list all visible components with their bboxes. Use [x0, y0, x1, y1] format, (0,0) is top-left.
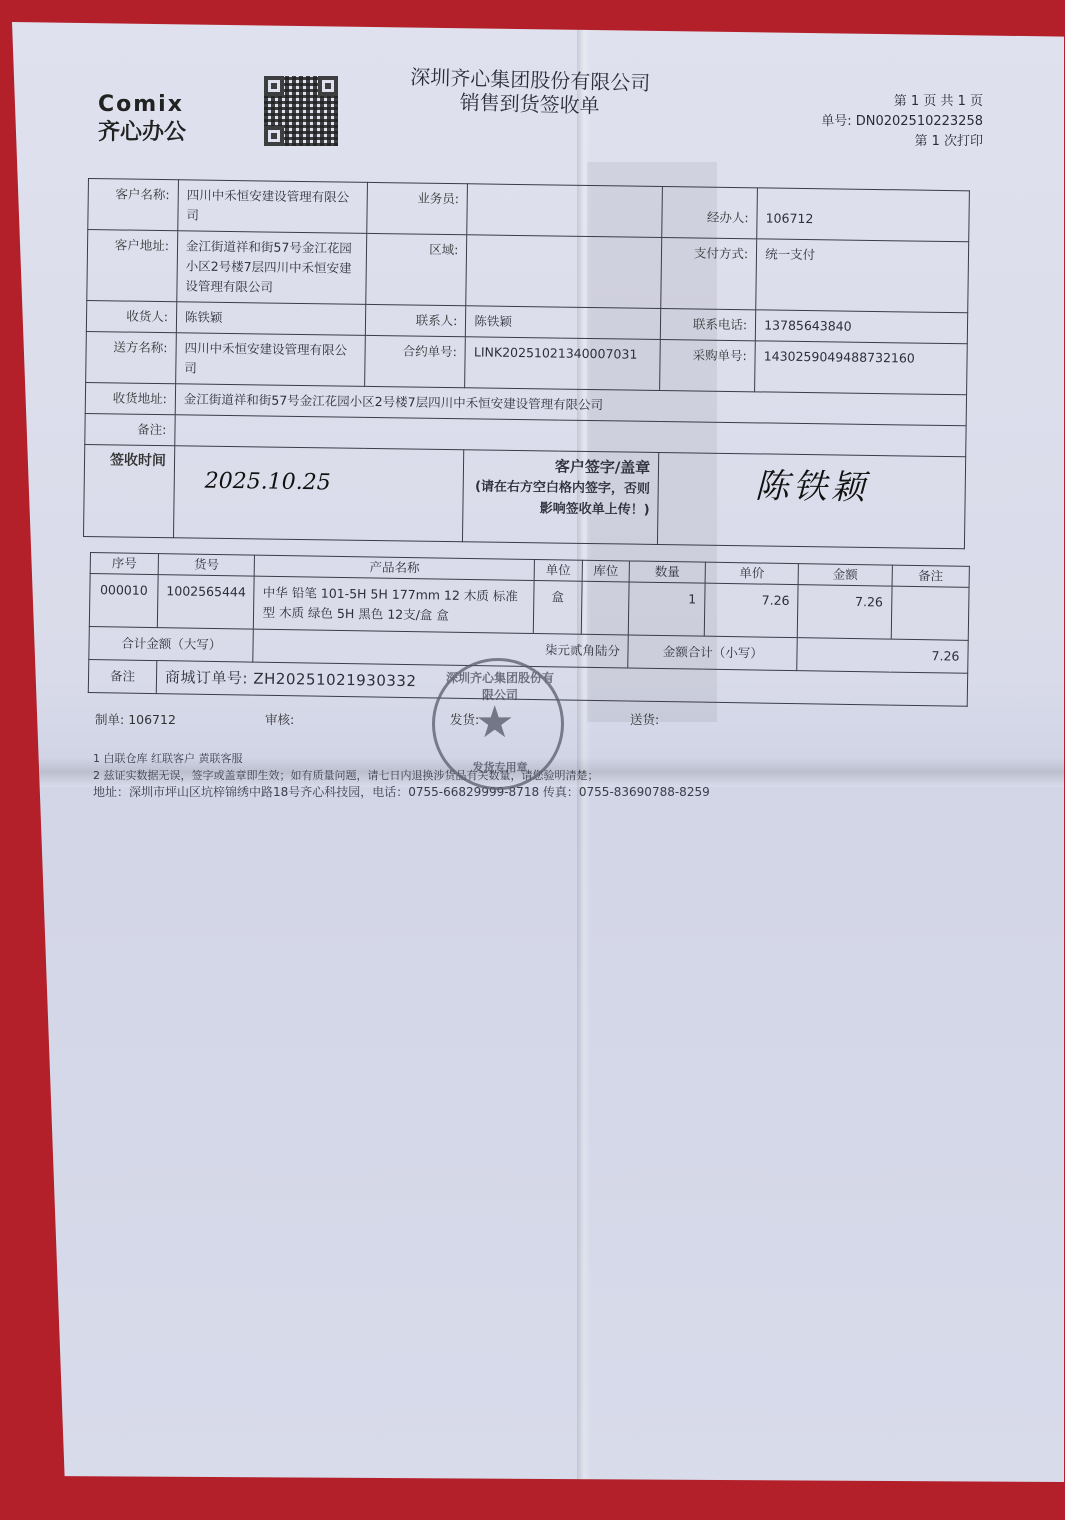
item-name: 中华 铅笔 101-5H 5H 177mm 12 木质 标准型 木质 绿色 5H… [254, 576, 534, 633]
customer-name-label: 客户名称: [88, 179, 179, 231]
doc-number-line: 单号: DN0202510223258 [821, 112, 983, 132]
document-meta: 第 1 页 共 1 页 单号: DN0202510223258 第 1 次打印 [821, 92, 983, 152]
payment-label: 支付方式: [661, 238, 757, 310]
ship-to: 四川中禾恒安建设管理有限公司 [176, 333, 366, 387]
company-seal: 深圳齐心集团股份有限公司 ★ 发货专用章 [432, 658, 564, 790]
total-lower-label: 金额合计（小写） [628, 635, 797, 671]
review: 审核: [265, 710, 450, 728]
contact-label: 联系人: [366, 304, 466, 336]
col-unit: 单位 [534, 559, 582, 581]
col-remark: 备注 [892, 565, 970, 587]
item-unit: 盒 [533, 580, 582, 634]
delivery-address-label: 收货地址: [85, 382, 175, 414]
qr-code-icon [264, 76, 338, 146]
seal-center-text: 发货专用章 [455, 759, 545, 775]
handler: 106712 [757, 188, 970, 242]
handler-label: 经办人: [662, 187, 758, 239]
note-terms: 2 兹证实数据无误，签字或盖章即生效；如有质量问题，请七日内退换涉货品有关数量，… [93, 767, 710, 784]
review-label: 审核: [265, 710, 294, 728]
print-count: 第 1 次打印 [821, 132, 983, 152]
total-lower: 7.26 [797, 638, 968, 674]
qr-finder [318, 76, 338, 96]
sign-row: 签收时间 2025.10.25 客户签字/盖章 (请在右方空白格内签字，否则影响… [83, 444, 965, 548]
item-qty: 1 [629, 582, 705, 636]
col-seq: 序号 [90, 553, 158, 575]
customer-name: 四川中禾恒安建设管理有限公司 [178, 180, 368, 234]
company-logo: Comix 齐心办公 [98, 92, 186, 146]
sign-title: 客户签字/盖章 [472, 455, 650, 478]
sign-note: (请在右方空白格内签字，否则影响签收单上传！) [472, 476, 650, 520]
contract-number: LINK20251021340007031 [465, 337, 661, 391]
phone-label: 联系电话: [661, 309, 756, 341]
col-qty: 数量 [630, 561, 706, 583]
order-remark-label: 备注 [88, 659, 156, 693]
info-row: 客户地址: 金江街道祥和街57号金江花园小区2号楼7层四川中禾恒安建设管理有限公… [87, 230, 969, 313]
company-address: 地址：深圳市坪山区坑梓锦绣中路18号齐心科技园，电话：0755-66829999… [93, 784, 710, 801]
receiver: 陈铁颖 [176, 302, 366, 336]
doc-number-label: 单号: [821, 114, 851, 129]
salesperson-label: 业务员: [367, 182, 468, 234]
total-upper-label: 合计金额（大写） [89, 626, 254, 662]
customer-address: 金江街道祥和街57号金江花园小区2号楼7层四川中禾恒安建设管理有限公司 [177, 231, 367, 305]
region-label: 区域: [366, 233, 467, 305]
qr-finder [264, 126, 284, 146]
maker-value: 106712 [128, 712, 176, 727]
item-seq: 000010 [89, 574, 158, 628]
col-sku: 货号 [158, 554, 255, 577]
sign-time-label: 签收时间 [83, 444, 174, 537]
maker-label: 制单: [95, 710, 124, 728]
col-amount: 金额 [798, 564, 892, 586]
remark-label: 备注: [85, 413, 175, 445]
purchase-number: 1430259049488732160 [755, 341, 968, 395]
purchase-label: 采购单号: [660, 340, 756, 392]
item-amount: 7.26 [797, 585, 891, 639]
item-price: 7.26 [704, 583, 798, 637]
sign-instruction: 客户签字/盖章 (请在右方空白格内签字，否则影响签收单上传！) [463, 450, 659, 545]
logo-brand-cn: 齐心办公 [98, 115, 186, 146]
contract-label: 合约单号: [365, 335, 466, 387]
receiver-label: 收货人: [86, 300, 176, 332]
deliver: 送货: [630, 710, 659, 728]
customer-signature: 陈铁颖 [658, 452, 966, 548]
col-location: 库位 [582, 560, 630, 582]
sign-time-handwritten: 2025.10.25 [173, 446, 464, 542]
region [466, 235, 662, 309]
customer-info-table: 客户名称: 四川中禾恒安建设管理有限公司 业务员: 经办人: 106712 客户… [83, 178, 970, 549]
ship-to-label: 送方名称: [86, 331, 177, 383]
deliver-label: 送货: [630, 710, 659, 728]
page-info: 第 1 页 共 1 页 [821, 92, 983, 112]
document-title: 深圳齐心集团股份有限公司 销售到货签收单 [379, 64, 680, 120]
star-icon: ★ [475, 697, 514, 748]
logo-brand: Comix [98, 92, 186, 117]
item-location [581, 581, 629, 635]
contact: 陈铁颖 [466, 306, 661, 340]
phone: 13785643840 [755, 310, 967, 344]
payment-method: 统一支付 [756, 239, 969, 313]
item-sku: 1002565444 [157, 575, 254, 630]
maker: 制单: 106712 [95, 710, 265, 728]
customer-address-label: 客户地址: [87, 230, 178, 302]
qr-finder [264, 76, 284, 96]
col-price: 单价 [705, 562, 799, 584]
item-remark [891, 586, 969, 640]
note-copies: 1 白联仓库 红联客户 黄联客服 [93, 750, 710, 767]
salesperson [467, 184, 663, 238]
doc-number: DN0202510223258 [856, 114, 983, 129]
footer-notes: 1 白联仓库 红联客户 黄联客服 2 兹证实数据无误，签字或盖章即生效；如有质量… [93, 750, 710, 801]
